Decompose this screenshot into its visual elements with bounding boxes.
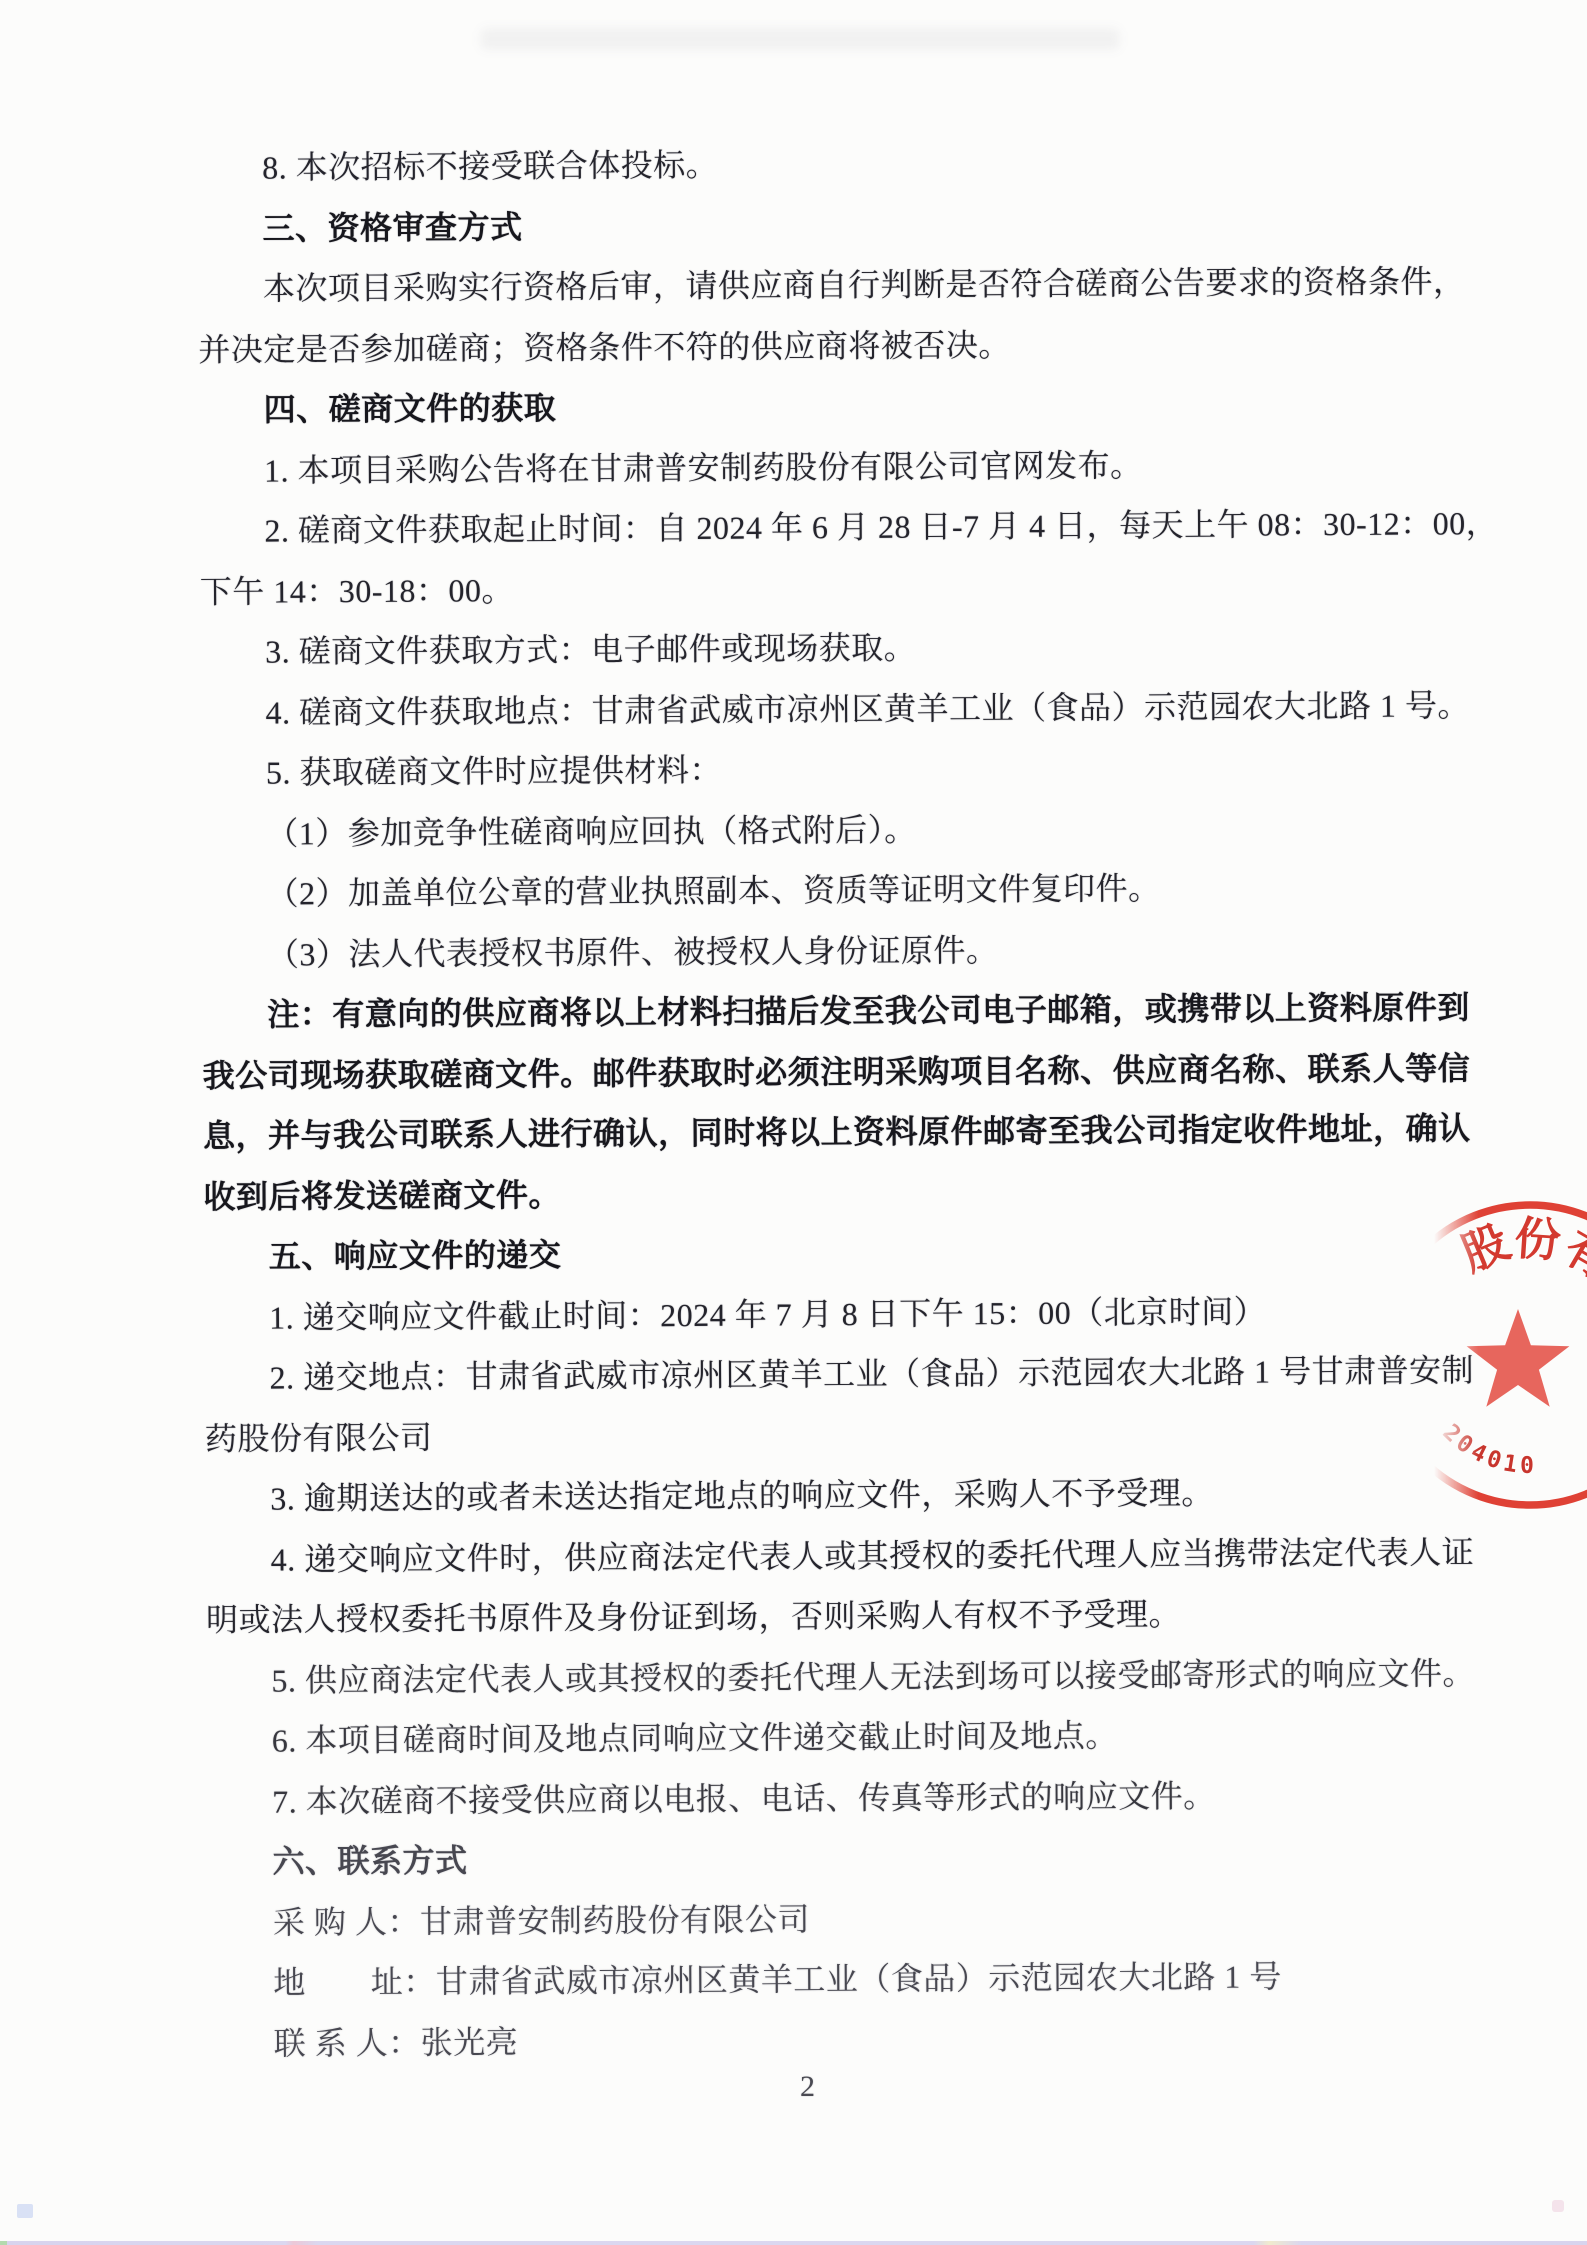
document-body: 8. 本次招标不接受联合体投标。三、资格审查方式本次项目采购实行资格后审，请供应… xyxy=(197,130,1545,2074)
doc-line: 我公司现场获取磋商文件。邮件获取时必须注明采购项目名称、供应商名称、联系人等信 xyxy=(203,1037,1539,1106)
doc-line: 息，并与我公司联系人进行确认，同时将以上资料原件邮寄至我公司指定收件地址，确认 xyxy=(203,1098,1539,1167)
page-number: 2 xyxy=(800,2070,815,2104)
company-seal-stamp: 股份有 2040100 xyxy=(1340,1155,1587,1560)
doc-line: 六、联系方式 xyxy=(207,1824,1543,1893)
doc-line: 采 购 人：甘肃普安制药股份有限公司 xyxy=(208,1884,1544,1953)
doc-line: 联 系 人：张光亮 xyxy=(208,2005,1544,2074)
doc-line: 地 址：甘肃省武威市凉州区黄羊工业（食品）示范园农大北路 1 号 xyxy=(208,1945,1544,2014)
doc-line: 7. 本次磋商不接受供应商以电报、电话、传真等形式的响应文件。 xyxy=(207,1763,1543,1832)
scan-artifact-speck xyxy=(17,2204,33,2218)
doc-line: 注：有意向的供应商将以上材料扫描后发至我公司电子邮箱，或携带以上资料原件到 xyxy=(202,977,1538,1046)
seal-star-icon xyxy=(1467,1309,1570,1407)
doc-line: 2. 磋商文件获取起止时间：自 2024 年 6 月 28 日-7 月 4 日，… xyxy=(199,493,1535,562)
doc-line: 并决定是否参加磋商；资格条件不符的供应商将被否决。 xyxy=(198,311,1534,380)
doc-line: 3. 磋商文件获取方式：电子邮件或现场获取。 xyxy=(200,614,1536,683)
bleed-through-smudge xyxy=(480,28,1120,50)
doc-line: 下午 14：30-18：00。 xyxy=(200,553,1536,622)
scanned-document-page: 8. 本次招标不接受联合体投标。三、资格审查方式本次项目采购实行资格后审，请供应… xyxy=(0,0,1587,2245)
doc-line: 明或法人授权委托书原件及身份证到场，否则采购人有权不予受理。 xyxy=(206,1582,1542,1651)
doc-line: （1）参加竞争性磋商响应回执（格式附后）。 xyxy=(201,795,1537,864)
doc-line: 4. 磋商文件获取地点：甘肃省武威市凉州区黄羊工业（食品）示范园农大北路 1 号… xyxy=(200,674,1536,743)
doc-line: （3）法人代表授权书原件、被授权人身份证原件。 xyxy=(202,916,1538,985)
doc-line: 1. 本项目采购公告将在甘肃普安制药股份有限公司官网发布。 xyxy=(199,432,1535,501)
doc-line: 6. 本项目磋商时间及地点同响应文件递交截止时间及地点。 xyxy=(207,1703,1543,1772)
doc-line: 本次项目采购实行资格后审，请供应商自行判断是否符合磋商公告要求的资格条件， xyxy=(198,251,1534,320)
doc-line: 8. 本次招标不接受联合体投标。 xyxy=(197,130,1533,199)
doc-line: 三、资格审查方式 xyxy=(197,190,1533,259)
doc-line: 5. 获取磋商文件时应提供材料： xyxy=(201,735,1537,804)
doc-line: 5. 供应商法定代表人或其授权的委托代理人无法到场可以接受邮寄形式的响应文件。 xyxy=(206,1642,1542,1711)
scan-edge-artifact xyxy=(0,2241,1587,2245)
seal-arc-text: 股份有 xyxy=(1454,1211,1587,1290)
doc-line: 四、磋商文件的获取 xyxy=(198,372,1534,441)
scan-artifact-speck xyxy=(1552,2200,1564,2212)
doc-line: （2）加盖单位公章的营业执照副本、资质等证明文件复印件。 xyxy=(201,856,1537,925)
